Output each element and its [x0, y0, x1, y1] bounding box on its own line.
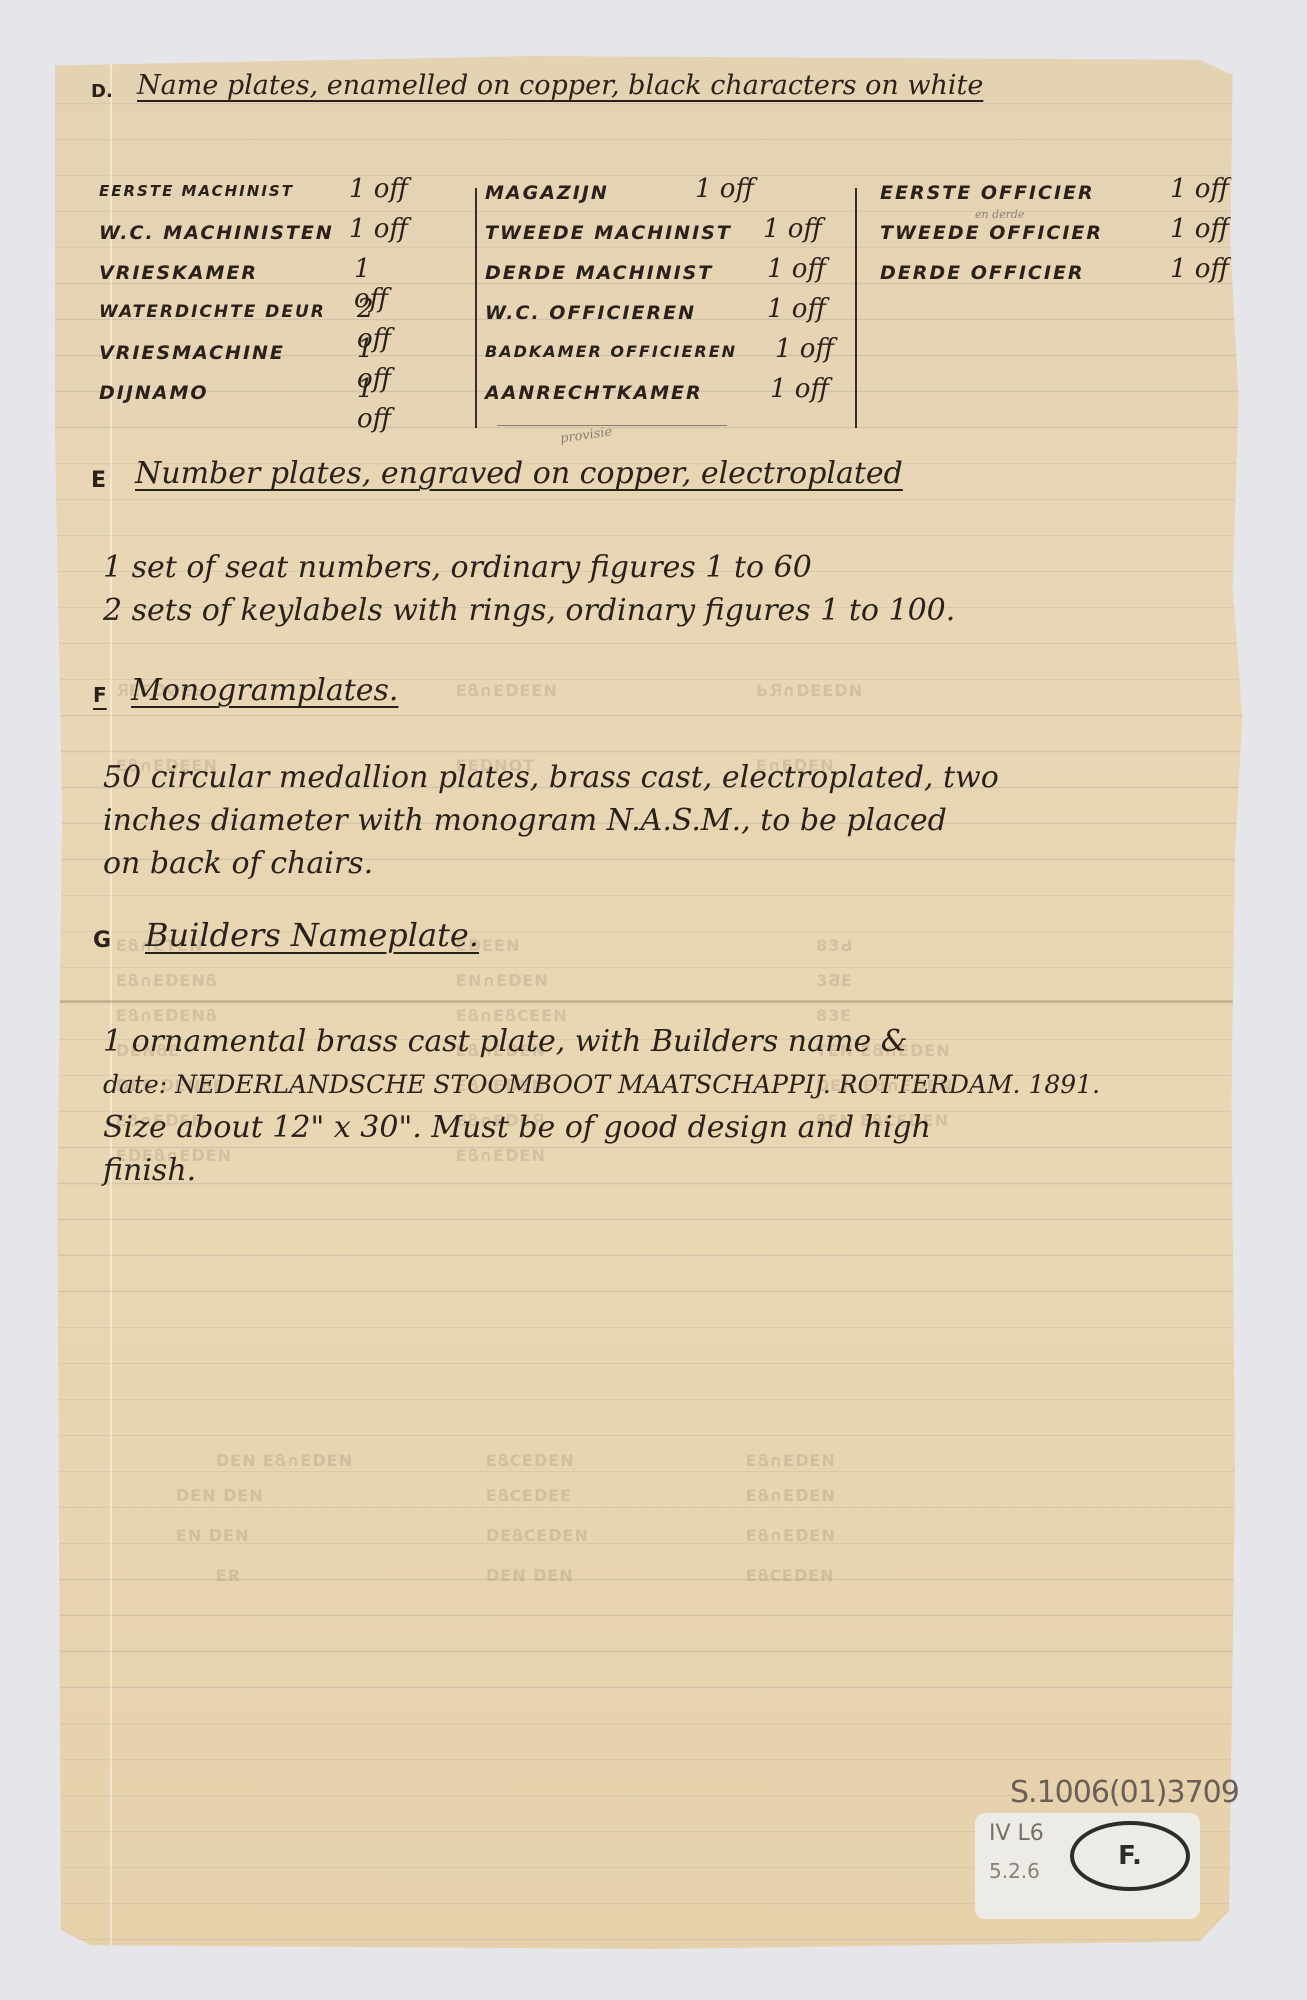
item-name: TWEEDE MACHINIST: [485, 222, 732, 244]
item-qty: 1 off: [767, 254, 826, 284]
item-qty: 1 off: [1170, 254, 1229, 284]
item-qty: 1 off: [1170, 174, 1229, 204]
section-body: 50 circular medallion plates, brass cast…: [103, 756, 999, 885]
nameplate-column-2: MAGAZIJN 1 off TWEEDE MACHINIST 1 off DE…: [485, 182, 885, 422]
item-qty: 1 off: [349, 214, 408, 244]
section-heading: Builders Nameplate.: [145, 916, 479, 954]
item-name: W.C. OFFICIEREN: [485, 302, 696, 324]
section-heading: Monogramplates.: [131, 673, 398, 708]
item-name: WATERDICHTE DEUR: [99, 302, 326, 322]
item-name: EERSTE MACHINIST: [99, 182, 294, 200]
item-name: DIJNAMO: [99, 382, 209, 404]
item-name: TWEEDE OFFICIER: [880, 222, 1103, 244]
circled-letter-badge: F.: [1070, 1821, 1190, 1891]
body-line: Size about 12" x 30". Must be of good de…: [103, 1106, 1100, 1149]
body-line: 50 circular medallion plates, brass cast…: [103, 756, 999, 799]
nameplate-column-3: EERSTE OFFICIER 1 off TWEEDE OFFICIER 1 …: [880, 182, 1260, 302]
archive-label: IV L6 5.2.6 F.: [975, 1813, 1200, 1919]
section-letter: E: [91, 468, 106, 493]
item-qty: 1 off: [1170, 214, 1229, 244]
item-qty: 1 off: [695, 174, 754, 204]
circled-letter: F.: [1118, 1841, 1142, 1871]
body-line: date: NEDERLANDSCHE STOOMBOOT MAATSCHAPP…: [103, 1063, 1100, 1106]
catalog-number: S.1006(01)3709: [1010, 1775, 1239, 1810]
item-name: W.C. MACHINISTEN: [99, 222, 334, 244]
nameplate-item: DIJNAMO 1 off: [99, 382, 409, 422]
item-qty: 1 off: [357, 374, 409, 434]
body-line: 1 ornamental brass cast plate, with Buil…: [103, 1020, 1100, 1063]
document-sheet: ℲℲᏫᗡƎƎᎡ ИƎƎᗡƎ∩ᏰƎ ИᗡƎƎᗡ∩ᎡԀ ИƎƎᗡƎ∩ᏰƎ TOИᗡƎ…: [55, 56, 1247, 1949]
body-line: finish.: [103, 1149, 1100, 1192]
item-qty: 1 off: [775, 334, 834, 364]
column-divider: [855, 188, 857, 428]
item-qty: 1 off: [767, 294, 826, 324]
item-name: DERDE OFFICIER: [880, 262, 1085, 284]
section-body: 1 ornamental brass cast plate, with Buil…: [103, 1020, 1100, 1192]
section-letter: G: [93, 928, 111, 953]
item-name: EERSTE OFFICIER: [880, 182, 1095, 204]
column-divider: [475, 188, 477, 428]
label-number: 5.2.6: [989, 1859, 1040, 1883]
body-line: inches diameter with monogram N.A.S.M., …: [103, 799, 999, 842]
body-line: 1 set of seat numbers, ordinary figures …: [103, 546, 955, 589]
nameplate-item: DERDE OFFICIER 1 off: [880, 262, 1260, 302]
horizontal-fold: [55, 1000, 1247, 1003]
section-heading: Number plates, engraved on copper, elect…: [135, 456, 903, 491]
item-name: BADKAMER OFFICIEREN: [485, 342, 737, 361]
label-shelf-mark: IV L6: [989, 1821, 1044, 1846]
pencil-annotation: en derde: [975, 208, 1024, 221]
nameplate-item: MAGAZIJN 1 off: [485, 182, 885, 222]
section-letter: F: [93, 683, 107, 707]
item-qty: 1 off: [349, 174, 408, 204]
item-name: AANRECHTKAMER: [485, 382, 703, 404]
body-line: 2 sets of keylabels with rings, ordinary…: [103, 589, 955, 632]
nameplate-item: AANRECHTKAMER 1 off: [485, 382, 885, 422]
item-name: VRIESMACHINE: [99, 342, 285, 364]
item-name: VRIESKAMER: [99, 262, 258, 284]
section-heading: Name plates, enamelled on copper, black …: [137, 70, 983, 101]
section-letter: D.: [91, 81, 113, 102]
pencil-strikethrough: [497, 425, 727, 426]
body-line: on back of chairs.: [103, 842, 999, 885]
item-name: MAGAZIJN: [485, 182, 609, 204]
section-body: 1 set of seat numbers, ordinary figures …: [103, 546, 955, 632]
nameplate-column-1: EERSTE MACHINIST 1 off W.C. MACHINISTEN …: [99, 182, 409, 422]
item-name: DERDE MACHINIST: [485, 262, 713, 284]
item-qty: 1 off: [763, 214, 822, 244]
item-qty: 1 off: [770, 374, 829, 404]
